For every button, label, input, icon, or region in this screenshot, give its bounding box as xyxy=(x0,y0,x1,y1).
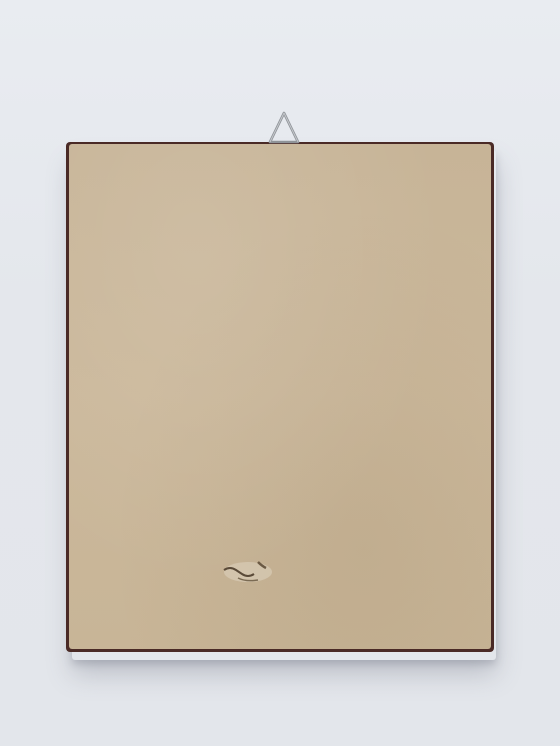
wire-hanger-icon xyxy=(266,110,302,144)
frame-back: Cardboard frame backing xyxy=(69,144,491,649)
torn-spot-icon xyxy=(218,556,278,586)
